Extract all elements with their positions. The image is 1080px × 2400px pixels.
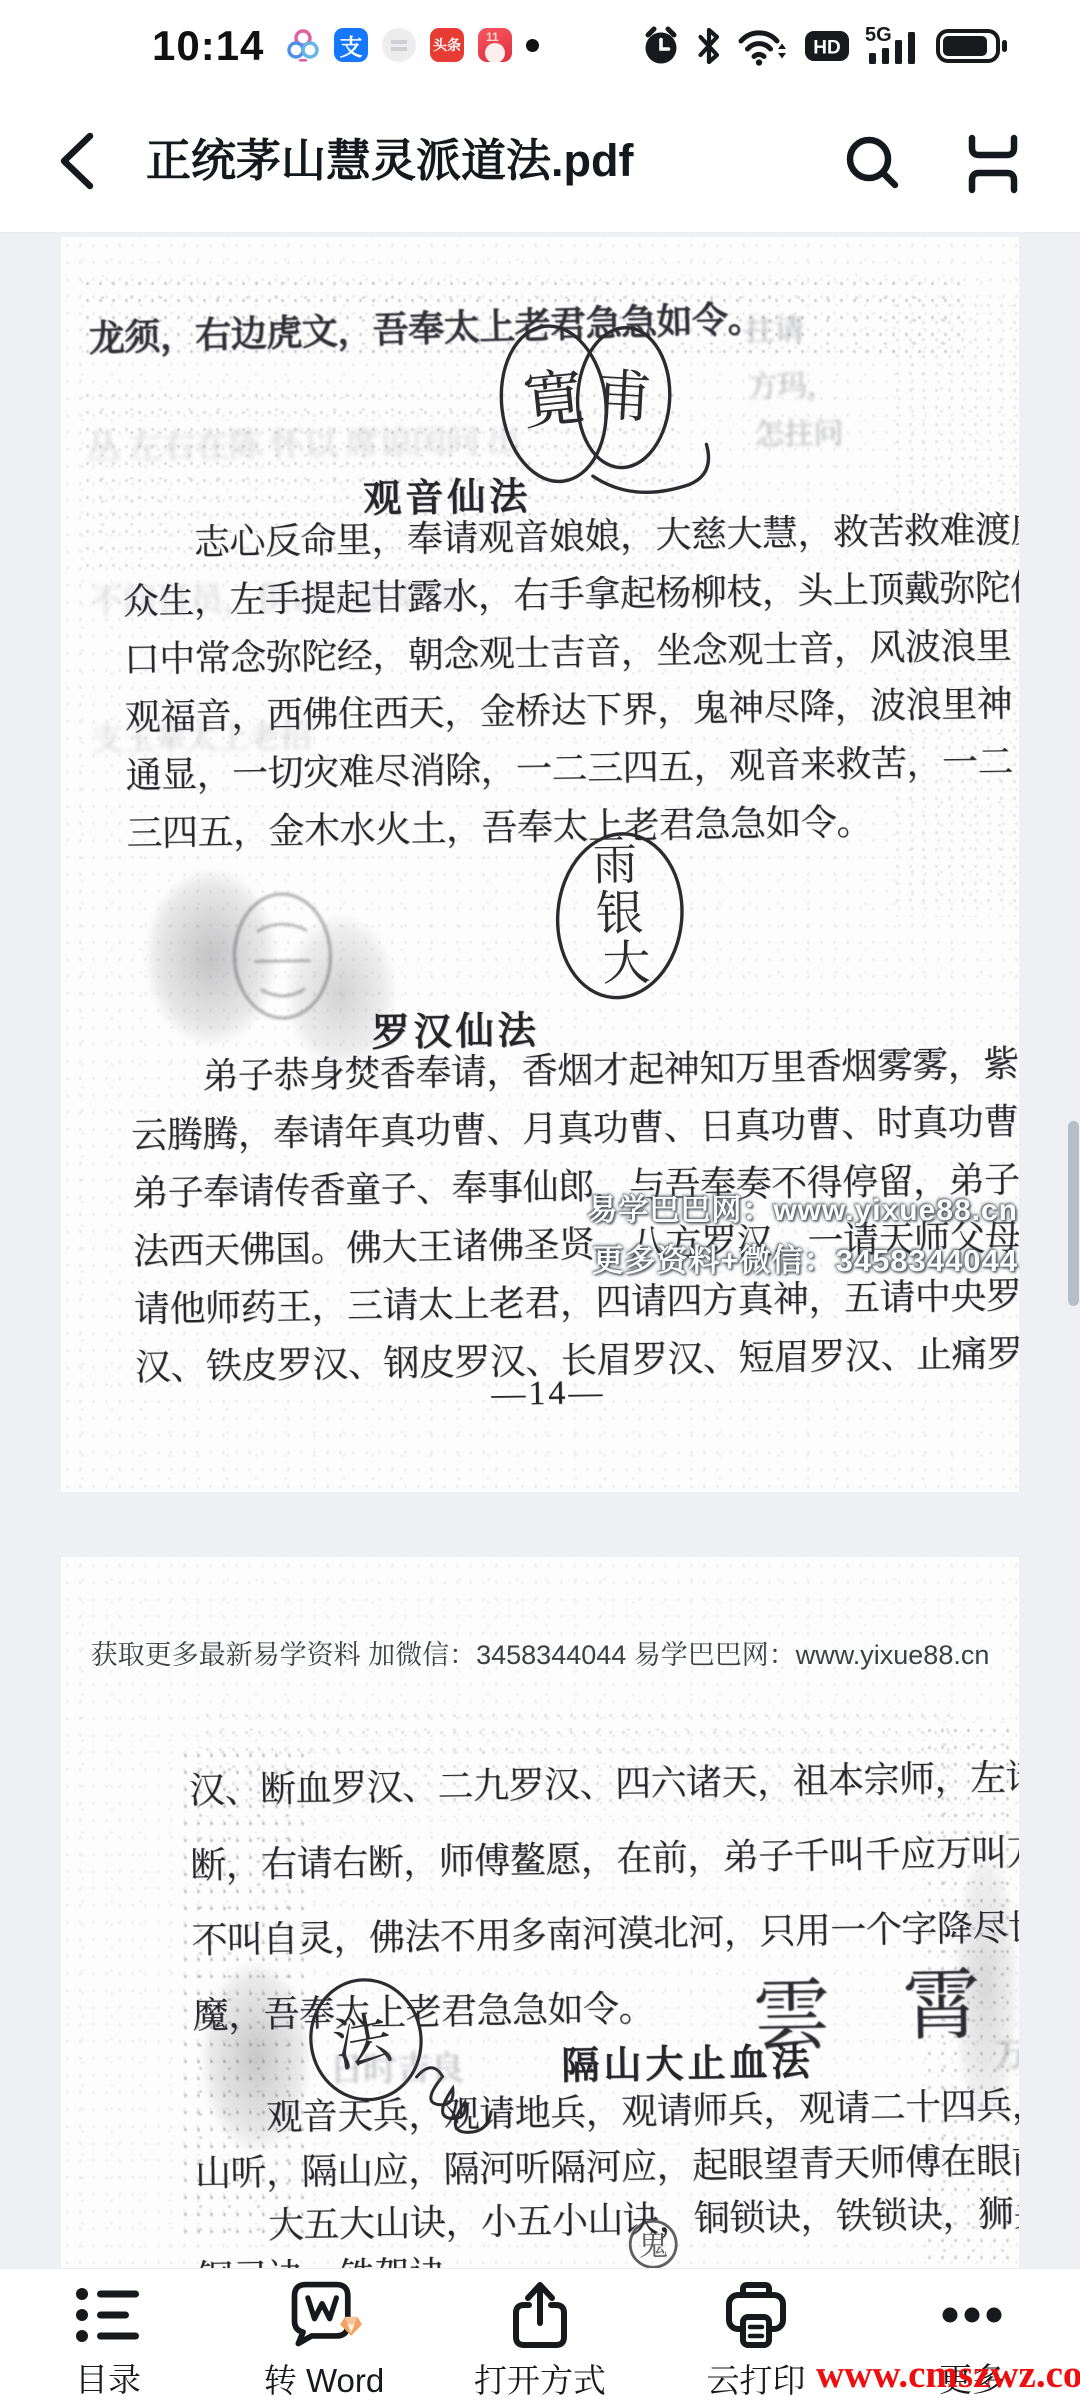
battery-icon (936, 28, 1008, 64)
signal-5g-icon: 5G (865, 25, 921, 67)
scan-bleed-line: 丛 左右在陈 怀以 席谅闰问 出 (86, 413, 521, 469)
red-site-watermark: www.cmszwz.com (816, 2352, 1080, 2397)
scrollbar-thumb[interactable] (1068, 1121, 1079, 1306)
toolbar-label: 云打印 (707, 2355, 806, 2400)
alarm-icon (641, 25, 681, 67)
watermark-site-line: 易学巴巴网：www.yixue88.cn (587, 1185, 1018, 1229)
ghost-notification-icon (382, 28, 416, 62)
notification-icons: 支 头条 (286, 28, 539, 62)
split-view-icon[interactable] (962, 134, 1024, 194)
talisman-drawing-small: 鬼 (626, 2217, 681, 2268)
svg-text:5G: 5G (865, 25, 892, 46)
svg-text:银: 银 (595, 887, 644, 941)
page2-scan-layer: 汉、断血罗汉、二九罗汉、四六诸天，祖本宗师，左请左 断，右请右断，师傅鳌愿，在前… (61, 1557, 1019, 2268)
status-time: 10:14 (152, 22, 264, 70)
open-with-button[interactable]: 打开方式 (432, 2269, 648, 2400)
scan-fragment: 怎拄问 (754, 408, 843, 453)
pdf-page-15: 获取更多最新易学资料 加微信：3458344044 易学巴巴网：www.yixu… (61, 1557, 1019, 2268)
talisman-hand-char: 霄 (902, 1942, 981, 2055)
toc-list-icon (69, 2279, 147, 2350)
nav-bar: 正统茅山慧灵派道法.pdf (0, 88, 1080, 233)
scan-fragment: 日时吉良 (329, 2040, 464, 2091)
system-status-icons: HD 5G (641, 24, 1008, 68)
svg-text:大: 大 (602, 937, 651, 991)
convert-to-word-button[interactable]: 转 Word (216, 2269, 432, 2400)
talisman-drawing-faint (211, 880, 353, 1032)
toolbar-label: 目录 (75, 2354, 141, 2400)
hd-badge: HD (804, 29, 850, 63)
wifi-icon (737, 25, 789, 67)
talisman-drawing-middle: 雨 银 大 (528, 826, 721, 1009)
search-icon[interactable] (842, 132, 904, 194)
document-title: 正统茅山慧灵派道法.pdf (146, 124, 786, 189)
site-watermark-overlay: 易学巴巴网：www.yixue88.cn 更多资料+微信：3458344044 (587, 1185, 1018, 1280)
geshan-paragraph: 观音天兵，观请地兵，观请师兵，观请二十四兵，隔 山听，隔山应，隔河听隔河应，起眼… (194, 2078, 1007, 2268)
open-with-icon (501, 2279, 579, 2351)
svg-text:鬼: 鬼 (638, 2229, 669, 2262)
cloud-print-icon (717, 2279, 795, 2351)
svg-text:雨: 雨 (593, 840, 638, 890)
bluetooth-icon (696, 25, 722, 67)
guanyin-paragraph: 志心反命里，奉请观音娘娘，大慈大慧，救苦救难渡度 众生，左手提起甘露水，右手拿起… (121, 502, 1006, 864)
pdf-page-14: 龙须，右边虎文，吾奉太上老君急急如令。 拄请 方玛， 怎拄问 丛 左右在陈 怀以… (61, 237, 1019, 1492)
toolbar-label: 转 Word (264, 2355, 384, 2400)
toolbar-label: 打开方式 (474, 2355, 606, 2400)
status-bar: 10:14 支 头条 (0, 0, 1080, 88)
toutiao-app-icon: 头条 (430, 28, 464, 62)
svg-text:寛: 寛 (519, 364, 588, 438)
festival-app-icon (478, 28, 512, 62)
scan-text-line: 汉、断血罗汉、二九罗汉、四六诸天，祖本宗师，左请左 (189, 1750, 1000, 1838)
svg-text:甫: 甫 (594, 365, 653, 430)
pdf-viewer-content[interactable]: 龙须，右边虎文，吾奉太上老君急急如令。 拄请 方玛， 怎拄问 丛 左右在陈 怀以… (0, 233, 1080, 2268)
toc-button[interactable]: 目录 (0, 2269, 216, 2400)
more-dots-icon (933, 2279, 1011, 2350)
more-notifications-dot (526, 39, 539, 52)
phone-screen: 10:14 支 头条 (0, 0, 1080, 2400)
scan-fragment: 万 (993, 2027, 1019, 2077)
scan-text-line: 断，右请右断，师傅鳌愿，在前，弟子千叫千应万叫万灵， (190, 1825, 1001, 1913)
tri-circles-app-icon (286, 28, 320, 62)
watermark-wechat-line: 更多资料+微信：3458344044 (587, 1235, 1018, 1280)
convert-word-icon (285, 2279, 363, 2351)
page1-scan-layer: 龙须，右边虎文，吾奉太上老君急急如令。 拄请 方玛， 怎拄问 丛 左右在陈 怀以… (61, 237, 1019, 1492)
back-button[interactable] (52, 128, 104, 194)
svg-text:HD: HD (813, 38, 840, 59)
alipay-app-icon: 支 (334, 28, 368, 62)
